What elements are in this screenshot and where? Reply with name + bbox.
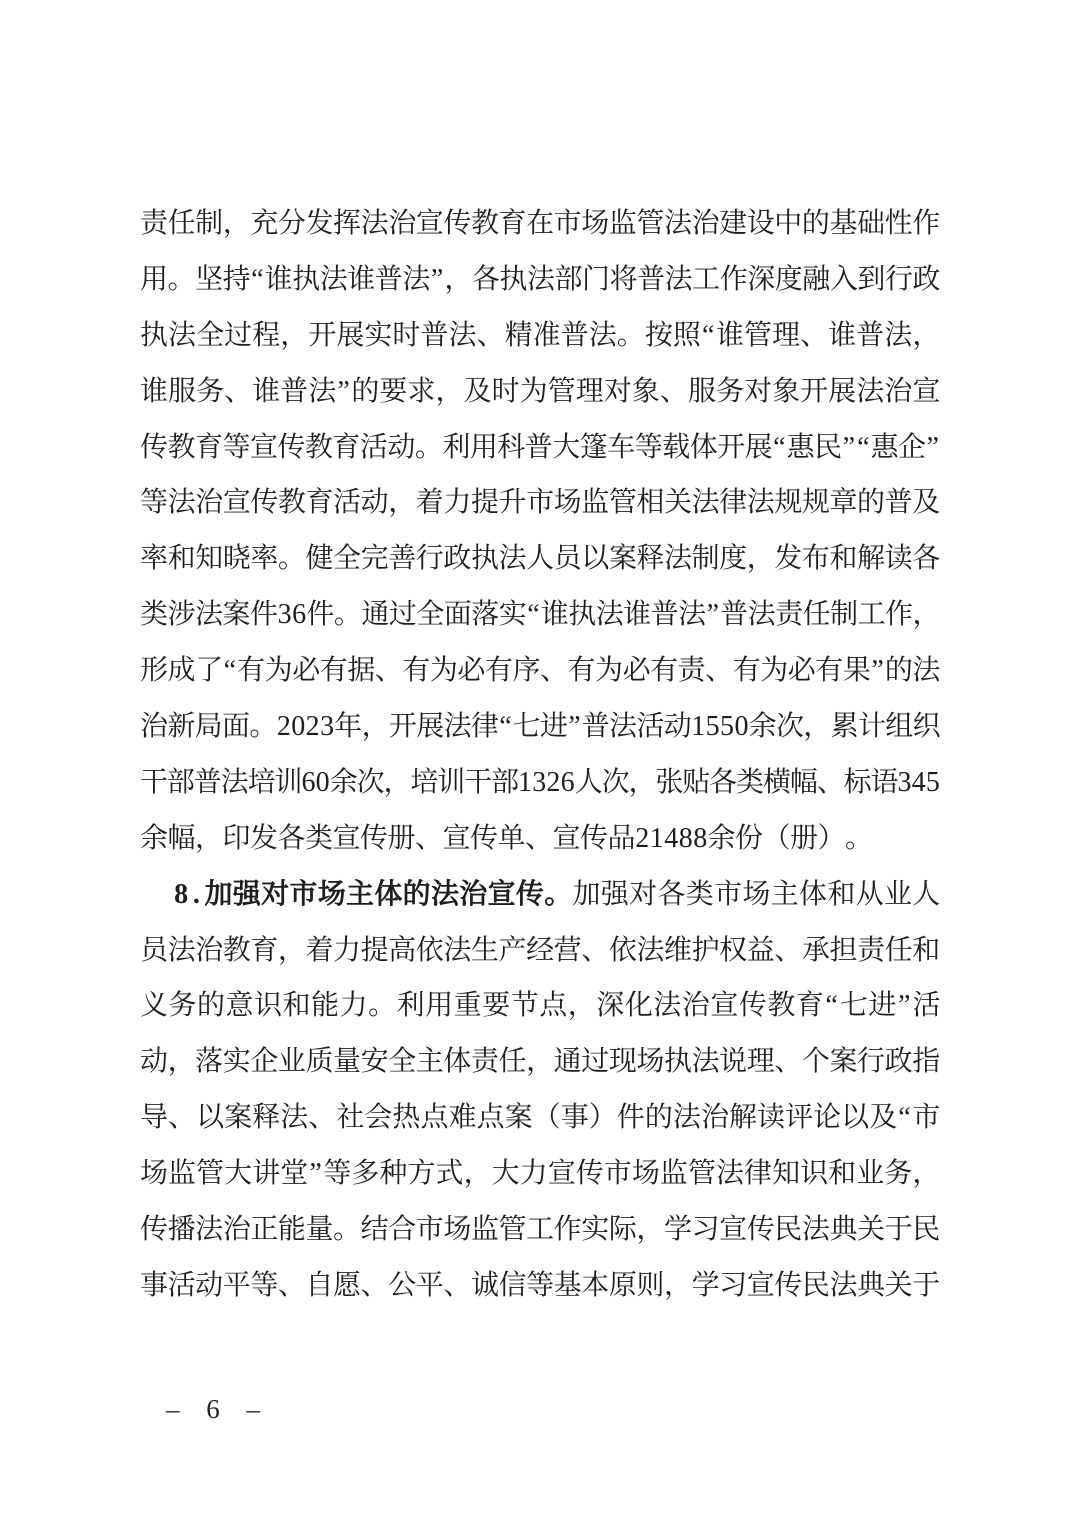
body-character: 质 xyxy=(305,1048,333,1076)
body-character: 务 xyxy=(196,378,224,406)
body-character: 法 xyxy=(221,769,248,797)
body-character: 载 xyxy=(662,434,689,462)
body-character: 各 xyxy=(709,769,736,797)
body-character: 3 xyxy=(277,601,291,629)
body-character: 普 xyxy=(720,601,747,629)
body-character: 案 xyxy=(505,1104,533,1132)
heading-character: 加 xyxy=(204,881,232,909)
body-character: 市 xyxy=(554,210,582,238)
body-character: 七 xyxy=(840,992,868,1020)
body-character: 、 xyxy=(800,322,828,350)
body-character: 民 xyxy=(802,1272,830,1300)
body-character: “ xyxy=(701,322,716,350)
body-character: 平 xyxy=(416,1272,444,1300)
body-character: 担 xyxy=(829,937,857,965)
body-character: 指 xyxy=(912,1048,940,1076)
body-character: “ xyxy=(856,434,870,462)
body-character: 普 xyxy=(637,266,665,294)
body-character: 育 xyxy=(250,937,278,965)
body-character: 面 xyxy=(222,713,249,741)
body-character: 关 xyxy=(885,1272,913,1300)
body-character: 和 xyxy=(168,545,196,573)
body-character: 依 xyxy=(609,937,637,965)
body-character: 0 xyxy=(291,713,305,741)
body-character: 的 xyxy=(645,1104,673,1132)
body-character: 知 xyxy=(195,545,223,573)
body-character: 人 xyxy=(526,545,554,573)
body-character: 论 xyxy=(813,1104,841,1132)
body-character: 监 xyxy=(660,1160,688,1188)
body-character: 案 xyxy=(609,545,637,573)
body-character: 工 xyxy=(692,266,720,294)
body-character: 普 xyxy=(280,378,308,406)
body-character: 重 xyxy=(454,992,482,1020)
body-character: 理 xyxy=(747,1048,775,1076)
body-character: 件 xyxy=(617,1104,645,1132)
body-character: 1 xyxy=(691,713,705,741)
body-character: 按 xyxy=(645,322,673,350)
body-character: 式 xyxy=(436,1160,464,1188)
body-character: 大 xyxy=(492,1160,520,1188)
body-character: 执 xyxy=(471,545,499,573)
body-character: 度 xyxy=(775,266,803,294)
body-character: （ xyxy=(763,825,791,853)
text-line: 执法全过程，开展实时普法、精准普法。按照“谁管理、谁普法， xyxy=(140,308,940,364)
body-character: 涉 xyxy=(167,601,194,629)
body-character: 知 xyxy=(772,1160,800,1188)
body-character: 责 xyxy=(140,210,168,238)
body-character: 传 xyxy=(250,489,278,517)
body-character: 管 xyxy=(609,489,637,517)
body-character: 以 xyxy=(581,545,609,573)
body-character: 法 xyxy=(856,378,884,406)
body-character: 读 xyxy=(885,545,913,573)
body-character: 主 xyxy=(416,1048,444,1076)
body-character: 点 xyxy=(420,1104,448,1132)
body-character: 习 xyxy=(719,1272,747,1300)
body-character: 设 xyxy=(747,210,775,238)
body-character: 则 xyxy=(636,1272,664,1300)
body-character: 人 xyxy=(575,769,602,797)
text-line: 余幅，印发各类宣传册、宣传单、宣传品21488余份（册）。 xyxy=(140,811,940,867)
body-character: 持 xyxy=(223,266,251,294)
body-character: 正 xyxy=(250,1216,278,1244)
body-character: 场 xyxy=(554,489,582,517)
body-character: 管 xyxy=(636,210,664,238)
body-character: 法 xyxy=(665,266,693,294)
body-character: 有 xyxy=(320,657,348,685)
body-character: 解 xyxy=(729,1104,757,1132)
body-character: 法 xyxy=(673,1104,701,1132)
body-character: 市 xyxy=(714,881,742,909)
body-character: 1 xyxy=(650,825,665,853)
body-character: 员 xyxy=(554,545,582,573)
body-character: 。 xyxy=(334,601,361,629)
body-character: 作 xyxy=(885,601,912,629)
body-character: “ xyxy=(223,657,238,685)
body-character: 挥 xyxy=(333,210,361,238)
body-character: 业 xyxy=(278,1048,306,1076)
body-character: 语 xyxy=(871,769,898,797)
body-character: 方 xyxy=(407,1160,435,1188)
body-character: 余 xyxy=(330,769,357,797)
text-line: 形成了“有为必有据、有为必有序、有为必有责、有为必有果”的法 xyxy=(140,643,940,699)
body-character: 普 xyxy=(525,434,552,462)
body-character: 理 xyxy=(772,322,800,350)
body-character: 开 xyxy=(389,713,416,741)
body-character: 法 xyxy=(609,713,636,741)
body-character: 为 xyxy=(760,657,788,685)
heading-character: 。 xyxy=(544,881,572,909)
body-character: 、 xyxy=(224,378,252,406)
body-character: 法 xyxy=(692,489,720,517)
body-character: 政 xyxy=(912,266,940,294)
body-character: ， xyxy=(278,937,306,965)
body-character: 法 xyxy=(692,1048,720,1076)
body-character: 服 xyxy=(168,378,196,406)
body-character: 教 xyxy=(305,434,332,462)
body-character: 过 xyxy=(581,1048,609,1076)
body-character: 政 xyxy=(443,545,471,573)
body-character: 法 xyxy=(527,266,555,294)
body-character: 贴 xyxy=(682,769,709,797)
body-character: 教 xyxy=(167,434,194,462)
body-character: 力 xyxy=(443,489,471,517)
body-character: ” xyxy=(706,601,720,629)
body-character: 各 xyxy=(278,825,306,853)
body-character: 在 xyxy=(526,210,554,238)
body-character: 序 xyxy=(512,657,540,685)
body-character: （ xyxy=(533,1104,561,1132)
body-character: 七 xyxy=(513,713,540,741)
body-character: ” xyxy=(870,657,885,685)
body-character: ” xyxy=(336,378,351,406)
body-character: 精 xyxy=(505,322,533,350)
body-character: 法 xyxy=(664,545,692,573)
body-character: 宣 xyxy=(416,210,444,238)
body-character: 落 xyxy=(471,601,498,629)
body-character: 融 xyxy=(802,266,830,294)
body-character: 有 xyxy=(402,657,430,685)
body-character: 展 xyxy=(828,378,856,406)
body-character: 篷 xyxy=(580,434,607,462)
body-character: 合 xyxy=(388,1216,416,1244)
body-character: 求 xyxy=(407,378,435,406)
body-character: 市 xyxy=(526,489,554,517)
body-character: 责 xyxy=(857,937,885,965)
body-character: 门 xyxy=(582,266,610,294)
body-character: 着 xyxy=(305,937,333,965)
text-line: 义务的意识和能力。利用重要节点，深化法治宣传教育“七进”活 xyxy=(140,978,940,1034)
body-character: 件 xyxy=(306,601,333,629)
body-character: ， xyxy=(636,1216,664,1244)
body-character: 原 xyxy=(609,1272,637,1300)
body-character: “ xyxy=(526,601,540,629)
body-character: 相 xyxy=(636,489,664,517)
body-character: 解 xyxy=(857,545,885,573)
heading-character: 主 xyxy=(346,881,374,909)
heading-character: 8 xyxy=(174,881,189,909)
body-character: 行 xyxy=(857,1048,885,1076)
body-character: 惠 xyxy=(787,434,814,462)
body-character: 规 xyxy=(774,489,802,517)
body-character: 治 xyxy=(195,489,223,517)
body-character: 谁 xyxy=(252,378,280,406)
body-character: 识 xyxy=(800,1160,828,1188)
body-character: 治 xyxy=(140,713,167,741)
body-character: 主 xyxy=(771,881,799,909)
body-character: 提 xyxy=(471,489,499,517)
body-character: 谁 xyxy=(140,378,168,406)
body-character: 力 xyxy=(333,937,361,965)
body-character: 和 xyxy=(283,992,311,1020)
heading-character: 体 xyxy=(374,881,402,909)
body-character: 及 xyxy=(464,378,492,406)
body-character: 活 xyxy=(168,1272,196,1300)
body-character: 关 xyxy=(664,489,692,517)
body-character: 普 xyxy=(420,322,448,350)
body-character: 场 xyxy=(443,1216,471,1244)
body-character: 普 xyxy=(856,322,884,350)
body-character: 普 xyxy=(375,266,403,294)
body-character: 会 xyxy=(364,1104,392,1132)
text-line: 等法治宣传教育活动，着力提升市场监管相关法律法规规章的普及 xyxy=(140,475,940,531)
body-character: 制 xyxy=(692,545,720,573)
body-character: 份 xyxy=(735,825,763,853)
body-character: 监 xyxy=(609,210,637,238)
body-character: 制 xyxy=(830,601,857,629)
body-character: 度 xyxy=(719,545,747,573)
body-character: 种 xyxy=(379,1160,407,1188)
body-character: 法 xyxy=(912,657,940,685)
text-line: 传播法治正能量。结合市场监管工作实际，学习宣传民法典关于民 xyxy=(140,1202,940,1258)
heading-character: 宣 xyxy=(488,881,516,909)
body-character: 5 xyxy=(720,713,734,741)
body-character: ” xyxy=(430,266,445,294)
body-character: 0 xyxy=(316,769,330,797)
body-character: 。 xyxy=(168,266,196,294)
body-character: 实 xyxy=(364,322,392,350)
body-character: 深 xyxy=(596,992,624,1020)
body-character: 必 xyxy=(623,657,651,685)
body-character: 动 xyxy=(664,713,691,741)
body-character: 入 xyxy=(830,266,858,294)
body-character: ， xyxy=(913,601,940,629)
body-character: 法 xyxy=(308,378,336,406)
body-character: 评 xyxy=(785,1104,813,1132)
body-character: 开 xyxy=(800,378,828,406)
body-character: 事 xyxy=(561,1104,589,1132)
body-character: 的 xyxy=(802,210,830,238)
body-character: 护 xyxy=(692,937,720,965)
body-character: 关 xyxy=(857,1216,885,1244)
body-character: 际 xyxy=(609,1216,637,1244)
body-character: 育 xyxy=(332,434,359,462)
body-character: 教 xyxy=(223,937,251,965)
body-character: 管 xyxy=(196,1160,224,1188)
body-character: 管 xyxy=(548,378,576,406)
text-line: 事活动平等、自愿、公平、诚信等基本原则，学习宣传民法典关于 xyxy=(140,1258,940,1314)
body-character: 传 xyxy=(739,992,767,1020)
text-line: 用。坚持“谁执法谁普法”，各执法部门将普法工作深度融入到行政 xyxy=(140,252,940,308)
body-character: 法 xyxy=(747,489,775,517)
body-character: 育 xyxy=(195,434,222,462)
body-character: 法 xyxy=(748,601,775,629)
body-character: 布 xyxy=(802,545,830,573)
body-character: 人 xyxy=(912,881,940,909)
body-character: 法 xyxy=(280,1104,308,1132)
text-line: 动，落实企业质量安全主体责任，通过现场执法说理、个案行政指 xyxy=(140,1034,940,1090)
body-character: 2 xyxy=(305,713,319,741)
body-character: 等 xyxy=(635,434,662,462)
body-character: 。 xyxy=(249,713,276,741)
body-character: 作 xyxy=(554,1216,582,1244)
body-character: 等 xyxy=(526,1272,554,1300)
body-character: ） xyxy=(818,825,846,853)
body-character: 法 xyxy=(499,545,527,573)
body-character: 传 xyxy=(140,1216,168,1244)
body-character: ， xyxy=(912,322,940,350)
body-character: 谁 xyxy=(623,601,650,629)
body-character: 案 xyxy=(224,1104,252,1132)
body-character: 体 xyxy=(443,1048,471,1076)
body-character: 愿 xyxy=(333,1272,361,1300)
body-character: ） xyxy=(589,1104,617,1132)
body-character: 治 xyxy=(388,210,416,238)
body-character: 率 xyxy=(140,545,168,573)
body-character: 普 xyxy=(194,769,221,797)
body-character: 坚 xyxy=(195,266,223,294)
body-character: 制 xyxy=(195,210,223,238)
body-character: 次 xyxy=(602,769,629,797)
body-character: 法 xyxy=(664,210,692,238)
heading-character: 法 xyxy=(431,881,459,909)
document-page: 责任制，充分发挥法治宣传教育在市场监管法治建设中的基础性作用。坚持“谁执法谁普法… xyxy=(0,0,1074,1520)
body-character: 治 xyxy=(223,1216,251,1244)
body-character: 照 xyxy=(673,322,701,350)
body-character: 。 xyxy=(333,1216,361,1244)
body-character: 新 xyxy=(167,713,194,741)
body-character: “ xyxy=(498,713,512,741)
body-character: ” xyxy=(897,992,912,1020)
body-character: 结 xyxy=(361,1216,389,1244)
text-line: 员法治教育，着力提高依法生产经营、依法维护权益、承担责任和 xyxy=(140,923,940,979)
body-character: 说 xyxy=(719,1048,747,1076)
body-character: 培 xyxy=(410,769,437,797)
body-character: 、 xyxy=(278,1272,306,1300)
body-character: 热 xyxy=(392,1104,420,1132)
body-character: 和 xyxy=(828,1160,856,1188)
body-character: 诚 xyxy=(471,1272,499,1300)
body-character: 发 xyxy=(774,545,802,573)
body-character: 责 xyxy=(471,1048,499,1076)
body-character: 类 xyxy=(140,601,167,629)
body-character: 类 xyxy=(686,881,714,909)
body-character: 完 xyxy=(361,545,389,573)
body-character: 量 xyxy=(305,1216,333,1244)
body-character: 能 xyxy=(278,1216,306,1244)
body-character: “ xyxy=(897,1104,912,1132)
body-character: 传 xyxy=(277,434,304,462)
body-character: 谁 xyxy=(716,322,744,350)
body-character: 难 xyxy=(449,1104,477,1132)
body-character: 过 xyxy=(224,322,252,350)
body-character: 依 xyxy=(416,937,444,965)
body-character: 2 xyxy=(277,713,291,741)
body-character: 个 xyxy=(802,1048,830,1076)
body-character: 开 xyxy=(308,322,336,350)
body-character: 本 xyxy=(581,1272,609,1300)
text-line: 治新局面。2023年，开展法律“七进”普法活动1550余次，累计组织 xyxy=(140,699,940,755)
body-character: 次 xyxy=(357,769,384,797)
body-character: 任 xyxy=(803,601,830,629)
body-character: 通 xyxy=(554,1048,582,1076)
body-character: “ xyxy=(772,434,786,462)
body-character: 率 xyxy=(250,545,278,573)
body-character: 教 xyxy=(471,210,499,238)
body-character: 体 xyxy=(799,881,827,909)
body-character: 组 xyxy=(885,713,912,741)
body-character: 部 xyxy=(167,769,194,797)
body-character: ” xyxy=(842,434,856,462)
body-character: 5 xyxy=(705,713,719,741)
body-character: 产 xyxy=(499,937,527,965)
body-character: 益 xyxy=(747,937,775,965)
body-character: ， xyxy=(912,1160,940,1188)
body-character: 必 xyxy=(457,657,485,685)
body-character: 必 xyxy=(292,657,320,685)
body-character: 导 xyxy=(140,1104,168,1132)
body-character: 4 xyxy=(664,825,679,853)
page-number: – 6 – xyxy=(166,1394,270,1425)
body-character: 安 xyxy=(361,1048,389,1076)
body-character: 执 xyxy=(140,322,168,350)
body-character: 、 xyxy=(581,937,609,965)
body-character: 实 xyxy=(499,601,526,629)
body-character: 、 xyxy=(660,378,688,406)
body-character: 律 xyxy=(471,713,498,741)
body-character: 利 xyxy=(397,992,425,1020)
body-character: 为 xyxy=(595,657,623,685)
body-character: 6 xyxy=(301,769,315,797)
body-character: ， xyxy=(526,1048,554,1076)
body-character: 市 xyxy=(604,1160,632,1188)
body-character: 意 xyxy=(226,992,254,1020)
body-character: 发 xyxy=(250,825,278,853)
body-character: 、 xyxy=(525,825,553,853)
body-character: 规 xyxy=(802,489,830,517)
body-character: 学 xyxy=(692,1272,720,1300)
body-character: 类 xyxy=(305,825,333,853)
body-character: 企 xyxy=(898,434,925,462)
body-character: 干 xyxy=(140,769,167,797)
body-character: 对 xyxy=(604,378,632,406)
body-character: 要 xyxy=(379,378,407,406)
body-character: 的 xyxy=(197,992,225,1020)
heading-character: 市 xyxy=(289,881,317,909)
body-character: 法 xyxy=(716,1160,744,1188)
body-character: 的 xyxy=(857,489,885,517)
body-character: 、 xyxy=(540,657,568,685)
body-character: 强 xyxy=(601,881,629,909)
body-character: 法 xyxy=(444,713,471,741)
body-character: 。 xyxy=(368,992,396,1020)
body-character: 行 xyxy=(416,545,444,573)
body-character: 育 xyxy=(796,992,824,1020)
body-character: 执 xyxy=(499,266,527,294)
body-character: 法 xyxy=(168,322,196,350)
body-character: 管 xyxy=(688,1160,716,1188)
